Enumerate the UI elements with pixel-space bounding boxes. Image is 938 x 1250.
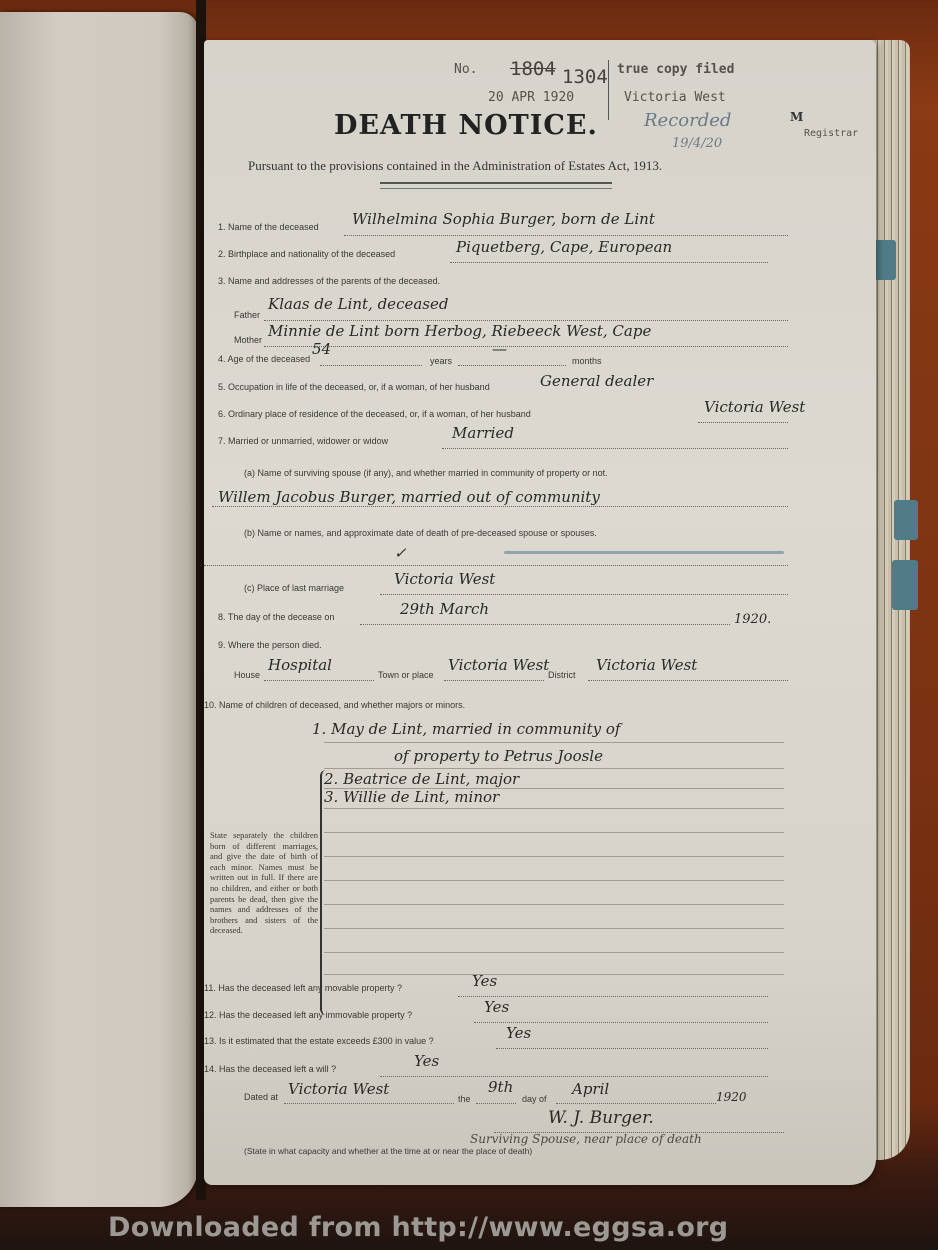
child-entry: 3. Willie de Lint, minor [324,788,499,806]
dotted-line [344,235,788,236]
m-mark: M [790,110,803,124]
dotted-line [264,320,788,321]
immovable-property-value: Yes [484,998,509,1016]
field-num: 10. [204,700,217,710]
ruled-line [324,768,784,769]
occupation-value: General dealer [540,372,653,390]
field-num: 8. [218,612,226,622]
signature-capacity-value: Surviving Spouse, near place of death [470,1132,702,1146]
dotted-line [474,1022,768,1023]
field-num: 12. [204,1010,217,1020]
dated-year-value: 1920 [716,1090,747,1104]
signature-capacity-label: (State in what capacity and whether at t… [244,1146,532,1156]
page-subtitle: Pursuant to the provisions contained in … [248,158,662,174]
ruled-line [324,904,784,905]
death-place-label: Where the person died. [228,640,322,650]
movable-property-value: Yes [472,972,497,990]
stamp-registrar: Registrar [804,128,858,139]
stamp-office: Victoria West [624,90,726,105]
birthplace-value: Piquetberg, Cape, European [456,238,672,256]
town-label: Town or place [378,670,434,680]
age-months-value: — [492,340,507,358]
page-title: DEATH NOTICE. [334,110,734,141]
years-label: years [430,356,452,366]
children-label: Name of children of deceased, and whethe… [219,700,465,710]
father-label: Father [234,310,260,320]
town-value: Victoria West [448,656,549,674]
title-rule [380,182,612,189]
field-num: 5. [218,382,226,392]
child-entry: 2. Beatrice de Lint, major [324,770,519,788]
children-instructions: State separately the children born of di… [210,830,318,936]
death-year-value: 1920. [734,612,771,627]
dotted-line [588,680,788,681]
marital-label: Married or unmarried, widower or widow [228,436,388,446]
dotted-line [556,1103,716,1104]
dotted-line [264,680,374,681]
dated-day-value: 9th [488,1078,513,1096]
field-num: 4. [218,354,226,364]
birthplace-label: Birthplace and nationality of the deceas… [228,249,395,259]
dotted-line [380,594,788,595]
immovable-property-label: Has the deceased left any immovable prop… [219,1010,412,1020]
marital-value: Married [452,424,514,442]
ruled-line [324,856,784,857]
dotted-line [284,1103,454,1104]
residence-value: Victoria West [704,398,805,416]
dotted-line [496,1048,768,1049]
ruled-line [324,952,784,953]
spouse-a-label: (a) Name of surviving spouse (if any), a… [244,468,608,478]
binding-tab [892,560,918,610]
field-num: 9. [218,640,226,650]
left-book-page [0,12,198,1207]
dated-place-value: Victoria West [288,1080,389,1098]
ruled-line [324,742,784,743]
binding-tab [874,240,896,280]
field-num: 14. [204,1064,217,1074]
dotted-line [264,346,788,347]
dotted-line [458,365,566,366]
will-label: Has the deceased left a will ? [219,1064,336,1074]
signature-value: W. J. Burger. [548,1108,654,1128]
the-label: the [458,1094,471,1104]
mother-value: Minnie de Lint born Herbog, Riebeeck Wes… [268,322,651,340]
house-value: Hospital [268,656,332,674]
ruled-line [324,928,784,929]
house-label: House [234,670,260,680]
dated-at-label: Dated at [244,1092,278,1102]
day-of-label: day of [522,1094,547,1104]
dotted-line [204,565,788,566]
dotted-line [698,422,788,423]
district-value: Victoria West [596,656,697,674]
deceased-name-value: Wilhelmina Sophia Burger, born de Lint [352,210,655,228]
spouse-a-value: Willem Jacobus Burger, married out of co… [218,488,600,506]
child-entry: 1. May de Lint, married in community of [312,720,620,738]
months-label: months [572,356,602,366]
children-brace [320,770,326,1015]
district-label: District [548,670,576,680]
estate-value-label: Is it estimated that the estate exceeds … [219,1036,434,1046]
stamp-no: No. [454,62,477,77]
stamp-number: 1304 [562,66,608,88]
field-num: 2. [218,249,226,259]
field-num: 3. [218,276,226,286]
binding-tab [894,500,918,540]
estate-value-value: Yes [506,1024,531,1042]
spouse-b-label: (b) Name or names, and approximate date … [244,528,597,538]
spouse-c-label: (c) Place of last marriage [244,583,344,593]
dotted-line [444,680,544,681]
ruled-line [324,974,784,975]
movable-property-label: Has the deceased left any movable proper… [218,983,402,993]
death-notice-page: No. 1804 1304 true copy filed 20 APR 192… [204,40,876,1185]
dotted-line [458,996,768,997]
ruled-line [324,832,784,833]
dotted-line [476,1103,516,1104]
ruled-line [324,880,784,881]
name-label: Name of the deceased [228,222,319,232]
residence-label: Ordinary place of residence of the decea… [228,409,531,419]
child-entry: of property to Petrus Joosle [394,747,603,765]
mother-label: Mother [234,335,262,345]
dotted-line [212,506,788,507]
field-num: 6. [218,409,226,419]
ruled-line [324,808,784,809]
dotted-line [450,262,768,263]
stamp-number-struck: 1804 [510,58,556,80]
blue-underline [504,551,784,554]
field-num: 7. [218,436,226,446]
field-num: 13. [204,1036,217,1046]
death-day-label: The day of the decease on [228,612,335,622]
age-years-value: 54 [312,340,331,358]
dotted-line [360,624,730,625]
occupation-label: Occupation in life of the deceased, or, … [228,382,490,392]
spouse-b-value: ✓ [394,544,407,562]
field-num: 1. [218,222,226,232]
watermark: Downloaded from http://www.eggsa.org [108,1212,728,1243]
dated-month-value: April [572,1080,609,1098]
stamp-date: 20 APR 1920 [488,90,574,105]
dotted-line [442,448,788,449]
dotted-line [320,365,422,366]
will-value: Yes [414,1052,439,1070]
field-num: 11. [204,983,216,993]
age-label: Age of the deceased [228,354,311,364]
father-value: Klaas de Lint, deceased [268,295,448,313]
parents-label: Name and addresses of the parents of the… [228,276,440,286]
spouse-c-value: Victoria West [394,570,495,588]
stamp-true-copy: true copy filed [617,62,734,77]
dotted-line [380,1076,768,1077]
death-day-value: 29th March [400,600,489,618]
